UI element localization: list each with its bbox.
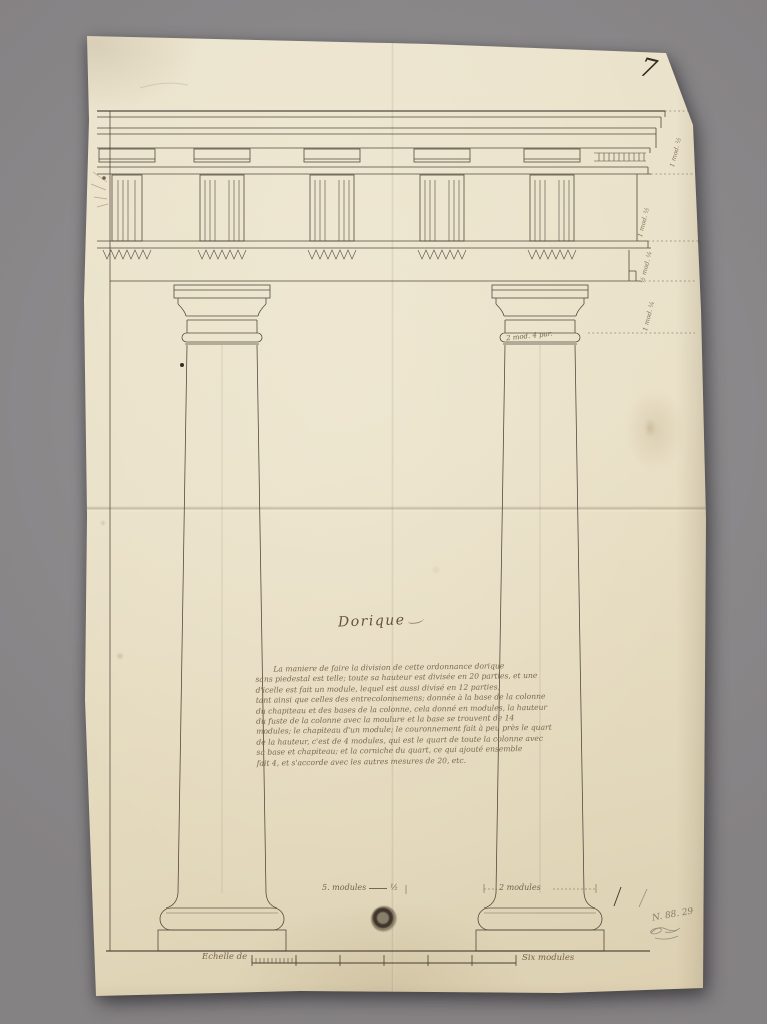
ink-smudges-and-stains <box>91 83 621 906</box>
photograph-background: 7 Dorique La maniere de faire la divisio… <box>0 0 767 1024</box>
column-diameter-label: 2 modules <box>499 883 541 892</box>
frieze-triglyphs <box>112 174 637 241</box>
intercolumn-dimension-text: 5. modules <box>322 883 366 892</box>
right-column <box>476 285 604 951</box>
ground-and-border-lines <box>106 111 650 951</box>
intercolumn-dimension-label: 5. modules ½ <box>322 883 398 892</box>
description-text-block: La maniere de faire la division de cette… <box>255 661 512 769</box>
left-column <box>158 285 286 951</box>
mutule-band <box>99 149 580 162</box>
doric-order-drawing <box>0 0 767 1024</box>
entablature-cornice <box>97 111 665 174</box>
title-swash-flourish <box>407 616 423 625</box>
scale-bar-suffix-label: Six modules <box>522 953 574 963</box>
scale-bar-prefix-label: Echelle de <box>202 952 247 962</box>
intercolumn-dimension-fraction: ½ <box>390 883 398 892</box>
drawing-sheet-wrapper: 7 Dorique La maniere de faire la divisio… <box>0 0 767 1024</box>
dimension-dash-line <box>369 888 387 889</box>
drawing-title: Dorique <box>338 612 424 631</box>
collection-stamp <box>371 906 397 932</box>
scale-bar <box>252 955 516 966</box>
drawing-sheet: 7 Dorique La maniere de faire la divisio… <box>0 0 767 1024</box>
drawing-title-text: Dorique <box>338 612 406 630</box>
taenia-guttae-architrave <box>97 241 651 281</box>
